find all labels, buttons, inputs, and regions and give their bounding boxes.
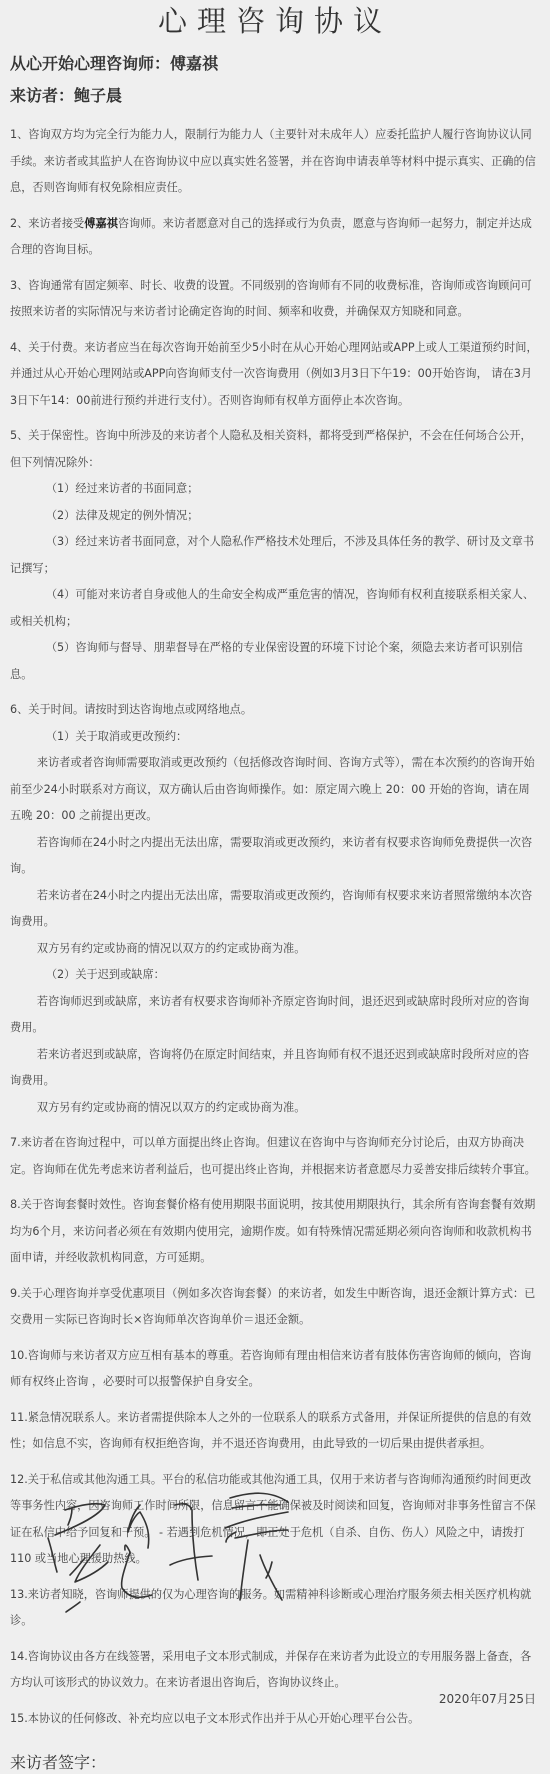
clause-8: 8.关于咨询套餐时效性。咨询套餐价格有使用期限书面说明，按其使用期限执行，其余所… [10,1192,538,1272]
clause-6-sub2-para: 双方另有约定或协商的情况以双方的约定或协商为准。 [10,1095,538,1122]
clause-6-sub2-title: （2）关于迟到或缺席： [10,962,538,989]
clause-5-item: （2）法律及规定的例外情况； [10,503,538,530]
clause-6-sub1-para: 双方另有约定或协商的情况以双方的约定或协商为准。 [10,936,538,963]
clause-15: 15.本协议的任何修改、补充均应以电子文本形式作出并于从心开始心理平台公告。 [10,1706,538,1733]
signature-label: 来访者签字： [10,1750,550,1773]
clause-6-sub2-para: 若来访者迟到或缺席，咨询将仍在原定时间结束，并且咨询师有权不退还迟到或缺席时段所… [10,1042,538,1095]
counselor-name: 傅嘉祺 [170,54,218,73]
counselor-label: 从心开始心理咨询师： [10,54,170,73]
clause-2-pre: 2、来访者接受 [10,217,84,230]
clause-5-item: （3）经过来访者书面同意，对个人隐私作严格技术处理后，不涉及具体任务的教学、研讨… [10,529,538,582]
clause-11: 11.紧急情况联系人。来访者需提供除本人之外的一位联系人的联系方式备用，并保证所… [10,1405,538,1458]
clause-7: 7.来访者在咨询过程中，可以单方面提出终止咨询。但建议在咨询中与咨询师充分讨论后… [10,1130,538,1183]
clause-3: 3、咨询通常有固定频率、时长、收费的设置。不同级别的咨询师有不同的收费标准，咨询… [10,273,538,326]
clause-2-counselor-name: 傅嘉祺 [84,217,118,230]
clause-1: 1、咨询双方均为完全行为能力人，限制行为能力人（主要针对未成年人）应委托监护人履… [10,122,538,202]
signature-date: 2020年07月25日 [439,1690,536,1707]
clause-14: 14.咨询协议由各方在线签署，采用电子文本形式制成，并保存在来访者为此设立的专用… [10,1644,538,1697]
clause-6-sub1-title: （1）关于取消或更改预约： [10,724,538,751]
visitor-name: 鲍子晨 [74,86,122,105]
handwritten-signature [30,1480,310,1630]
clause-6-sub1-para: 来访者或者咨询师需要取消或更改预约（包括修改咨询时间、咨询方式等），需在本次预约… [10,750,538,830]
clause-6: 6、关于时间。请按时到达咨询地点或网络地点。 [10,697,538,724]
clause-6-sub2-para: 若咨询师迟到或缺席，来访者有权要求咨询师补齐原定咨询时间，退还迟到或缺席时段所对… [10,989,538,1042]
clause-5-item: （1）经过来访者的书面同意； [10,476,538,503]
clause-5: 5、关于保密性。咨询中所涉及的来访者个人隐私及相关资料，都将受到严格保护，不会在… [10,423,538,476]
clause-6-sub1-para: 若来访者在24小时之内提出无法出席，需要取消或更改预约，咨询师有权要求来访者照常… [10,883,538,936]
clause-9: 9.关于心理咨询并享受优惠项目（例如多次咨询套餐）的来访者，如发生中断咨询，退还… [10,1281,538,1334]
clause-2: 2、来访者接受傅嘉祺咨询师。来访者愿意对自己的选择或行为负责，愿意与咨询师一起努… [10,211,538,264]
document-title: 心理咨询协议 [0,0,550,40]
clause-4: 4、关于付费。来访者应当在每次咨询开始前至少5小时在从心开始心理网站或APP上或… [10,335,538,415]
clause-5-item: （4）可能对来访者自身或他人的生命安全构成严重危害的情况，咨询师有权利直接联系相… [10,582,538,635]
clause-6-sub1-para: 若咨询师在24小时之内提出无法出席，需要取消或更改预约，来访者有权要求咨询师免费… [10,830,538,883]
visitor-label: 来访者： [10,86,74,105]
clause-5-item: （5）咨询师与督导、朋辈督导在严格的专业保密设置的环境下讨论个案，须隐去来访者可… [10,635,538,688]
visitor-line: 来访者：鲍子晨 [10,86,550,106]
clause-10: 10.咨询师与来访者双方应互相有基本的尊重。若咨询师有理由相信来访者有肢体伤害咨… [10,1343,538,1396]
counselor-line: 从心开始心理咨询师：傅嘉祺 [10,54,550,74]
